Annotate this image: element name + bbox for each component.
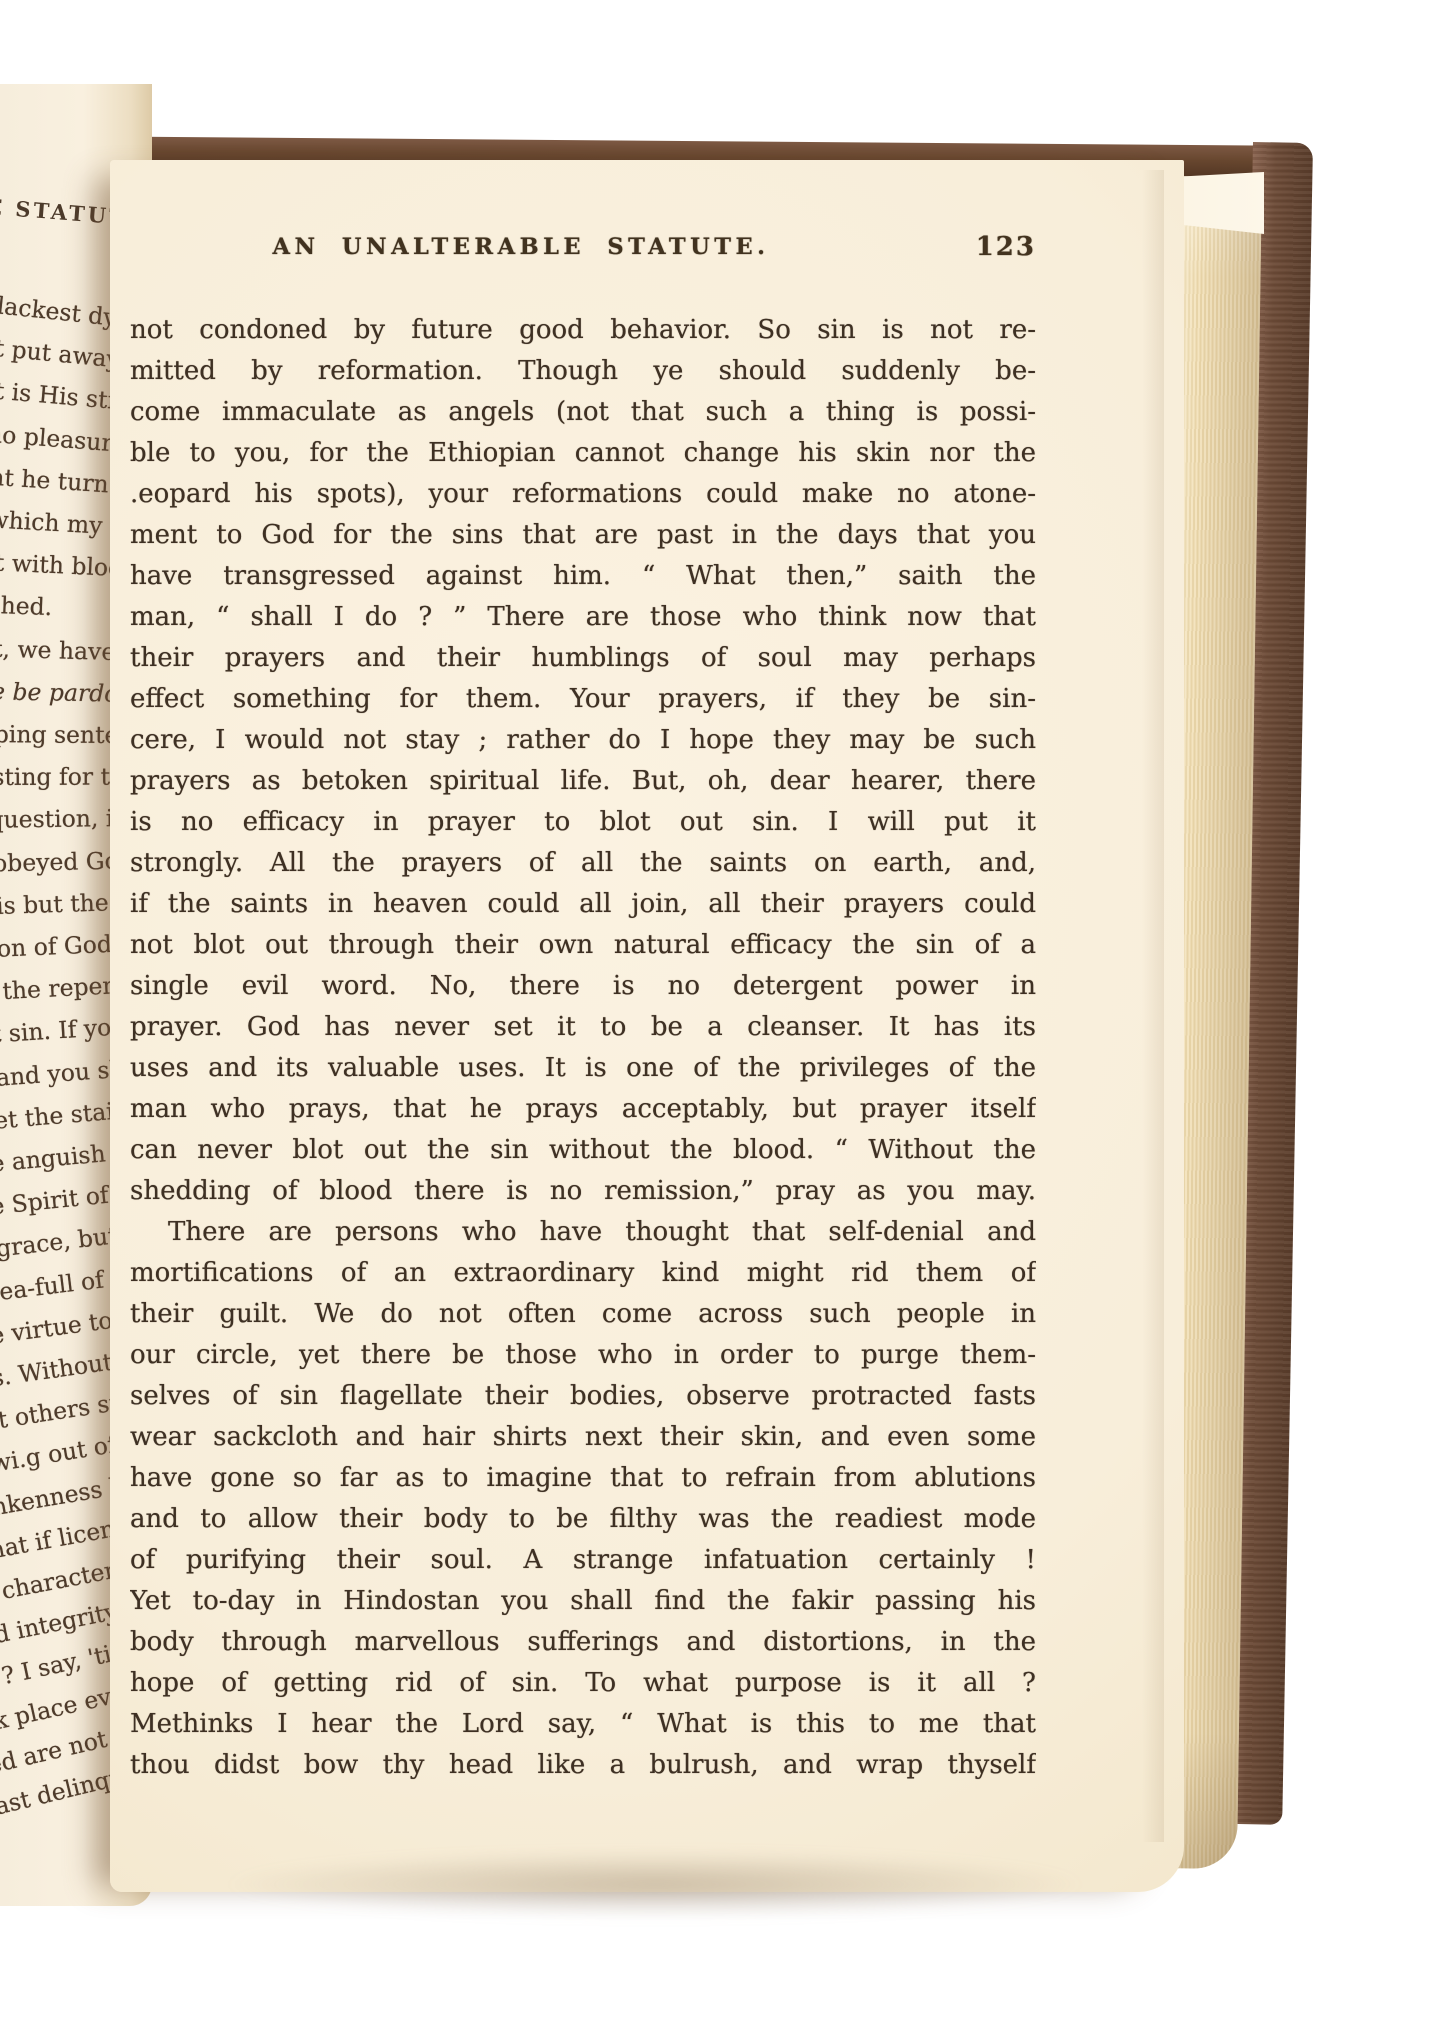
- text-line: selves of sin flagellate their bodies, o…: [130, 1376, 1036, 1417]
- text-line: single evil word. No, there is no deterg…: [130, 966, 1036, 1007]
- text-line: man who prays, that he prays acceptably,…: [130, 1089, 1036, 1130]
- text-line: prayers as betoken spiritual life. But, …: [130, 761, 1036, 802]
- text-line: cere, I would not stay ; rather do I hop…: [130, 720, 1036, 761]
- text-line: come immaculate as angels (not that such…: [130, 392, 1036, 433]
- text-line: thou didst bow thy head like a bulrush, …: [130, 1745, 1036, 1786]
- text-line: body through marvellous sufferings and d…: [130, 1622, 1036, 1663]
- page-number: 123: [976, 232, 1036, 262]
- text-line: of purifying their soul. A strange infat…: [130, 1540, 1036, 1581]
- text-line: man, “ shall I do ? ” There are those wh…: [130, 597, 1036, 638]
- text-line: their prayers and their humblings of sou…: [130, 638, 1036, 679]
- text-line: uses and its valuable uses. It is one of…: [130, 1048, 1036, 1089]
- text-line: our circle, yet there be those who in or…: [130, 1335, 1036, 1376]
- text-line: There are persons who have thought that …: [130, 1212, 1036, 1253]
- text-line: is no efficacy in prayer to blot out sin…: [130, 802, 1036, 843]
- left-page-text-line: n shed.: [0, 590, 53, 621]
- text-line: shedding of blood there is no remission,…: [130, 1171, 1036, 1212]
- text-line: .eopard his spots), your reformations co…: [130, 474, 1036, 515]
- text-line: prayer. God has never set it to be a cle…: [130, 1007, 1036, 1048]
- text-line: ment to God for the sins that are past i…: [130, 515, 1036, 556]
- text-line: their guilt. We do not often come across…: [130, 1294, 1036, 1335]
- paragraph-2: There are persons who have thought that …: [130, 1212, 1036, 1786]
- paragraph-1: not condoned by future good behavior. So…: [130, 310, 1036, 1212]
- text-line: Methinks I hear the Lord say, “ What is …: [130, 1704, 1036, 1745]
- text-line: mitted by reformation. Though ye should …: [130, 351, 1036, 392]
- text-line: ble to you, for the Ethiopian cannot cha…: [130, 433, 1036, 474]
- right-page: AN UNALTERABLE STATUTE. 123 not condoned…: [110, 160, 1184, 1892]
- book-shadow: [40, 1846, 1270, 1942]
- text-line: not blot out through their own natural e…: [130, 925, 1036, 966]
- text-line: strongly. All the prayers of all the sai…: [130, 843, 1036, 884]
- text-line: have gone so far as to imagine that to r…: [130, 1458, 1036, 1499]
- running-head-title: AN UNALTERABLE STATUTE.: [273, 234, 770, 260]
- page-header: AN UNALTERABLE STATUTE. 123: [130, 232, 1036, 274]
- text-line: wear sackcloth and hair shirts next thei…: [130, 1417, 1036, 1458]
- text-line: mortifications of an extraordinary kind …: [130, 1253, 1036, 1294]
- text-line: Yet to-day in Hindostan you shall find t…: [130, 1581, 1036, 1622]
- text-line: have transgressed against him. “ What th…: [130, 556, 1036, 597]
- photo-background: E STATUTE f blackest dye, aent put away,…: [0, 0, 1445, 2023]
- text-line: not condoned by future good behavior. So…: [130, 310, 1036, 351]
- text-line: and to allow their body to be filthy was…: [130, 1499, 1036, 1540]
- text-line: hope of getting rid of sin. To what purp…: [130, 1663, 1036, 1704]
- text-line: if the saints in heaven could all join, …: [130, 884, 1036, 925]
- text-line: can never blot out the sin without the b…: [130, 1130, 1036, 1171]
- text-line: effect something for them. Your prayers,…: [130, 679, 1036, 720]
